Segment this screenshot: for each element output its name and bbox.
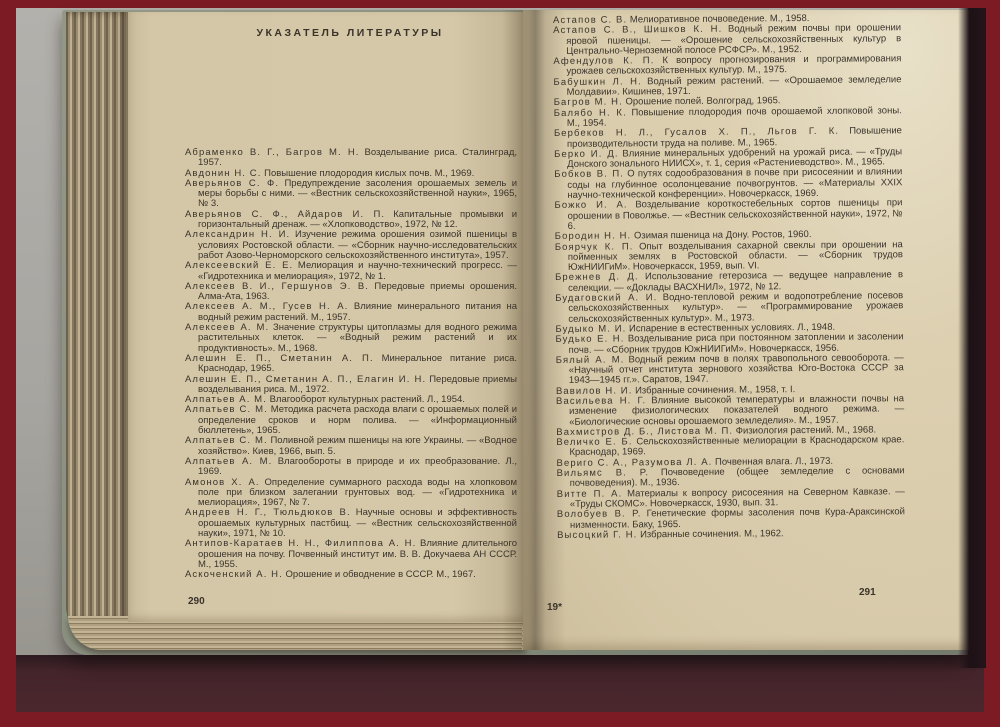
left-page-entries: Абраменко В. Г., Багров М. Н. Возделыван…: [185, 148, 517, 580]
bibliography-entry: Алексеев В. И., Гершунов Э. В. Передовые…: [185, 282, 517, 303]
bibliography-entry: Волобуев В. Р. Генетические формы засоле…: [557, 508, 905, 531]
bibliography-entry: Андреев Н. Г., Тюльдюков В. Научные осно…: [185, 508, 517, 539]
signature-mark: 19*: [547, 602, 562, 613]
bibliography-entry: Алпатьев А. М. Влагообороты в природе и …: [185, 457, 517, 478]
bibliography-entry: Алешин Е. П., Сметанин А. П. Минеральное…: [185, 354, 517, 375]
bibliography-entry: Бялый А. М. Водный режим почв в полях тр…: [556, 353, 904, 387]
bibliography-entry: Бабушкин Л. Н. Водный режим растений. — …: [553, 75, 901, 98]
book-photo-scene: УКАЗАТЕЛЬ ЛИТЕРАТУРЫ Абраменко В. Г., Ба…: [0, 0, 1000, 727]
bibliography-entry: Будаговский А. И. Водно-тепловой режим и…: [555, 291, 903, 325]
page-number-right: 291: [859, 587, 876, 598]
left-page: УКАЗАТЕЛЬ ЛИТЕРАТУРЫ Абраменко В. Г., Ба…: [128, 12, 524, 622]
bibliography-entry: Аверьянов С. Ф. Предупреждение засоления…: [185, 179, 517, 210]
running-head: УКАЗАТЕЛЬ ЛИТЕРАТУРЫ: [185, 27, 515, 39]
bibliography-entry: Алешин Е. П., Сметанин А. П., Елагин И. …: [185, 375, 517, 396]
right-page: Астапов С. В. Мелиоративное почвоведение…: [523, 10, 973, 650]
bibliography-entry: Антипов-Каратаев Н. Н., Филиппова А. Н. …: [185, 539, 517, 570]
bibliography-entry: Бобков В. П. О путях содообразования в п…: [554, 168, 902, 202]
page-number-left: 290: [188, 596, 205, 607]
bibliography-entry: Высоцкий Г. Н. Избранные сочинения. М., …: [557, 528, 905, 541]
entry-author: Высоцкий Г. Н.: [557, 529, 637, 541]
book-cover-right-shadow: [958, 8, 986, 668]
bibliography-entry: Боярчук К. П. Опыт возделывания сахарной…: [555, 240, 903, 274]
bibliography-entry: Аскоченский А. Н. Орошение и обводнение …: [185, 570, 517, 580]
bibliography-entry: Алпатьев С. М. Поливной режим пшеницы на…: [185, 436, 517, 457]
page-stack-left-edge: [66, 12, 130, 646]
bibliography-entry: Величко Е. Б. Сельскохозяйственные мелио…: [556, 435, 904, 458]
bibliography-entry: Васильева Н. Г. Влияние высокой температ…: [556, 394, 904, 428]
entry-text: Орошение и обводнение в СССР. М., 1967.: [286, 569, 476, 580]
entry-text: Избранные сочинения. М., 1962.: [640, 528, 784, 540]
entry-author: Аскоченский А. Н.: [185, 569, 283, 580]
bibliography-entry: Абраменко В. Г., Багров М. Н. Возделыван…: [185, 148, 517, 169]
bibliography-entry: Александрин Н. И. Изучение режима орошен…: [185, 230, 517, 261]
right-page-entries: Астапов С. В. Мелиоративное почвоведение…: [553, 13, 905, 541]
open-book: УКАЗАТЕЛЬ ЛИТЕРАТУРЫ Абраменко В. Г., Ба…: [62, 10, 964, 655]
bibliography-entry: Алексеевский Е. Е. Мелиорация и научно-т…: [185, 261, 517, 282]
bibliography-entry: Амонов Х. А. Определение суммарного расх…: [185, 478, 517, 509]
bibliography-entry: Божко И. А. Возделывание короткостебельн…: [554, 199, 902, 233]
bibliography-entry: Аверьянов С. Ф., Айдаров И. П. Капитальн…: [185, 210, 517, 231]
bibliography-entry: Алпатьев С. М. Методика расчета расхода …: [185, 405, 517, 436]
bibliography-entry: Алексеев А. М., Гусев Н. А. Влияние мине…: [185, 302, 517, 323]
bibliography-entry: Алексеев А. М. Значение структуры цитопл…: [185, 323, 517, 354]
table-surface: [16, 655, 984, 712]
bibliography-entry: Астапов С. В., Шишков К. Н. Водный режим…: [553, 24, 901, 58]
